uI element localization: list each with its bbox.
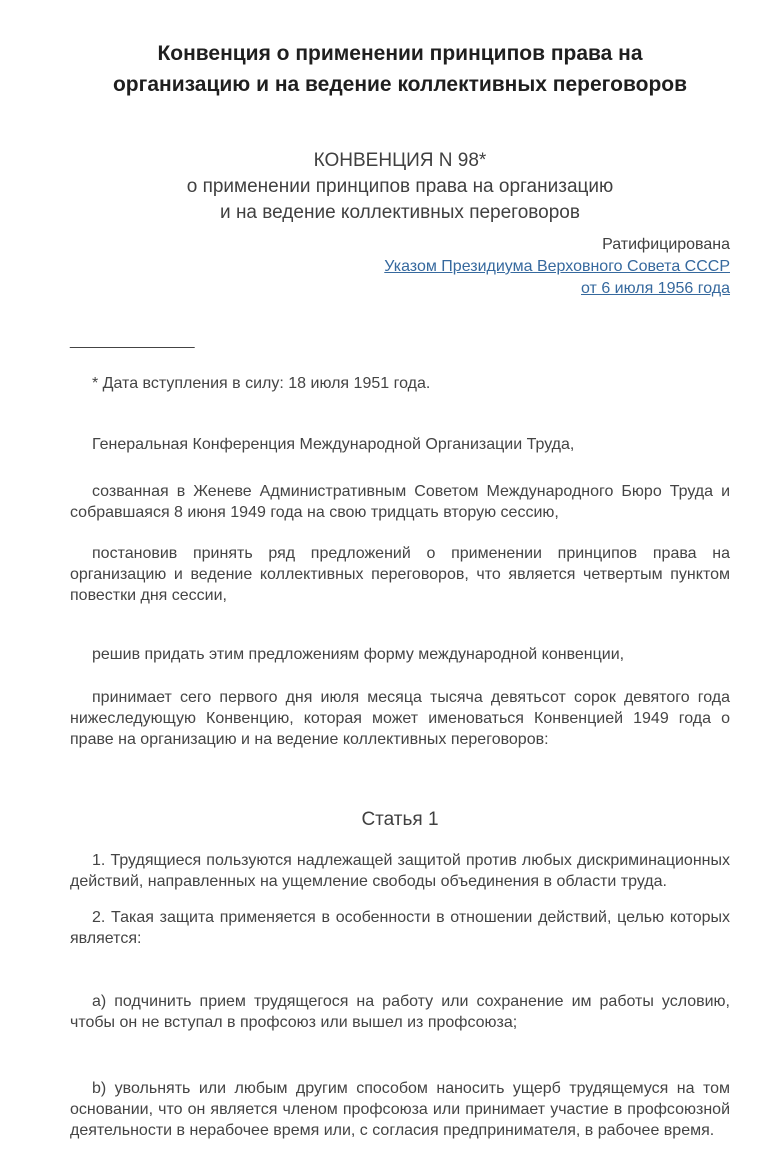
article-1-item-1: 1. Трудящиеся пользуются надлежащей защи… — [70, 850, 730, 892]
convention-heading-line-2: о применении принципов права на организа… — [70, 174, 730, 200]
preamble-paragraph-3: постановив принять ряд предложений о при… — [70, 543, 730, 606]
ratification-date-link[interactable]: от 6 июля 1956 года — [581, 280, 730, 297]
preamble-paragraph-5: принимает сего первого дня июля месяца т… — [70, 687, 730, 750]
article-1-heading: Статья 1 — [70, 808, 730, 832]
article-1-item-a: a) подчинить прием трудящегося на работу… — [70, 991, 730, 1033]
preamble-paragraph-4: решив придать этим предложениям форму ме… — [70, 644, 730, 665]
convention-heading: КОНВЕНЦИЯ N 98* о применении принципов п… — [70, 148, 730, 226]
convention-heading-line-3: и на ведение коллективных переговоров — [70, 200, 730, 226]
document-title-line-1: Конвенция о применении принципов права н… — [70, 38, 730, 69]
ratification-date-line: от 6 июля 1956 года — [70, 278, 730, 300]
ratification-block: Ратифицирована Указом Президиума Верховн… — [70, 234, 730, 300]
document-title-line-2: организацию и на ведение коллективных пе… — [70, 69, 730, 100]
footnote-separator: ______________ — [70, 330, 730, 351]
article-1-item-2: 2. Такая защита применяется в особенност… — [70, 907, 730, 949]
convention-number: КОНВЕНЦИЯ N 98* — [70, 148, 730, 174]
footnote-text: * Дата вступления в силу: 18 июля 1951 г… — [70, 373, 730, 394]
preamble-paragraph-1: Генеральная Конференция Международной Ор… — [70, 434, 730, 455]
document-body: { "colors": { "background": "#ffffff", "… — [0, 0, 768, 1163]
ratification-decree-link[interactable]: Указом Президиума Верховного Совета СССР — [384, 258, 730, 275]
article-1-item-b: b) увольнять или любым другим способом н… — [70, 1078, 730, 1141]
ratified-label: Ратифицирована — [70, 234, 730, 256]
ratification-decree-line: Указом Президиума Верховного Совета СССР — [70, 256, 730, 278]
document-title: Конвенция о применении принципов права н… — [70, 38, 730, 100]
preamble-paragraph-2: созванная в Женеве Административным Сове… — [70, 481, 730, 523]
document-page: Конвенция о применении принципов права н… — [0, 0, 768, 1163]
